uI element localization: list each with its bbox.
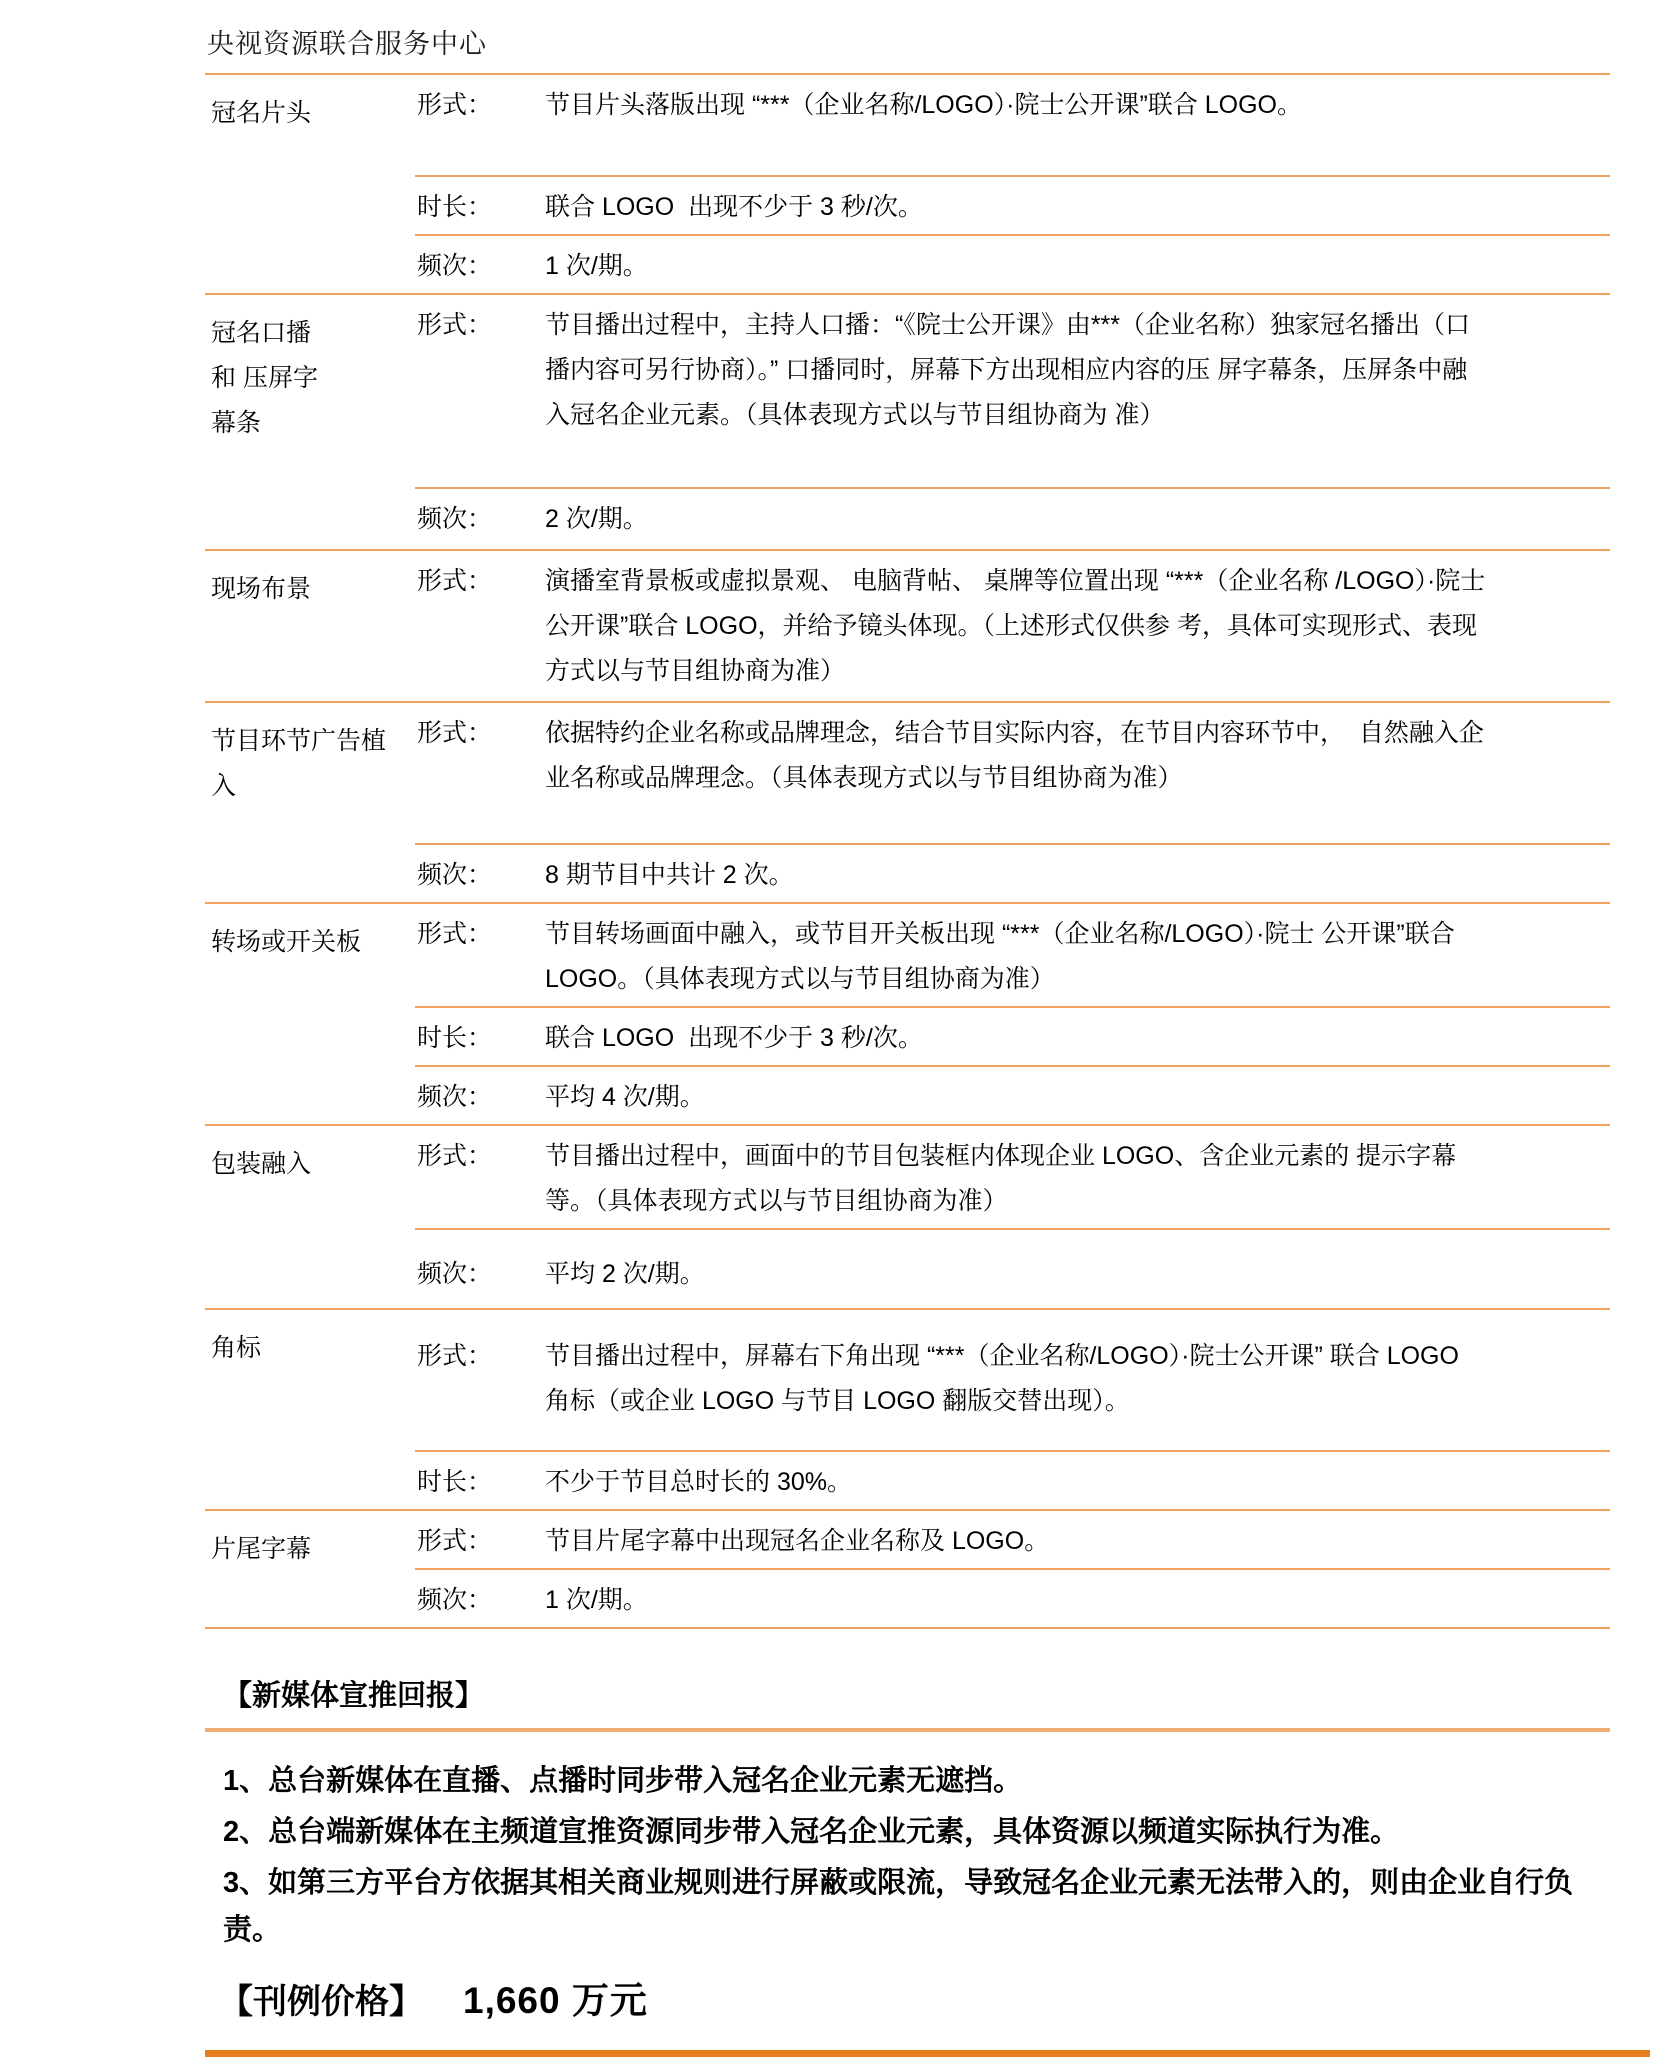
table-section: 包装融入形式：节目播出过程中，画面中的节目包装框内体现企业 LOGO、含企业元素… <box>205 1126 1610 1310</box>
footer-item: 1、总台新媒体在直播、点播时同步带入冠名企业元素无遮挡。 <box>223 1758 1580 1805</box>
attribute-key: 形式： <box>415 303 545 483</box>
footer-item: 2、总台端新媒体在主频道宣推资源同步带入冠名企业元素，具体资源以频道实际执行为准… <box>223 1809 1580 1856</box>
attribute-value: 演播室背景板或虚拟景观、 电脑背帖、 桌牌等位置出现 “***（企业名称 /LO… <box>545 559 1610 697</box>
attribute-key: 频次： <box>415 1578 545 1623</box>
attribute-value: 依据特约企业名称或品牌理念，结合节目实际内容，在节目内容环节中， 自然融入企业名… <box>545 711 1610 839</box>
table-row: 形式：节目转场画面中融入，或节目开关板出现 “***（企业名称/LOGO）·院士… <box>415 904 1610 1006</box>
attribute-value: 不少于节目总时长的 30%。 <box>545 1460 1610 1505</box>
page-title: 央视资源联合服务中心 <box>205 18 1610 73</box>
attribute-value: 平均 4 次/期。 <box>545 1075 1610 1120</box>
document-header: 央视资源联合服务中心 <box>205 18 1610 73</box>
attribute-key: 频次： <box>415 497 545 545</box>
table-section: 片尾字幕形式：节目片尾字幕中出现冠名企业名称及 LOGO。频次：1 次/期。 <box>205 1511 1610 1629</box>
section-rows: 形式：演播室背景板或虚拟景观、 电脑背帖、 桌牌等位置出现 “***（企业名称 … <box>415 551 1610 701</box>
table-section: 角标形式：节目播出过程中，屏幕右下角出现 “***（企业名称/LOGO）·院士公… <box>205 1310 1610 1511</box>
attribute-key: 频次： <box>415 853 545 898</box>
attribute-value: 8 期节目中共计 2 次。 <box>545 853 1610 898</box>
attribute-key: 频次： <box>415 1075 545 1120</box>
attribute-value: 节目片头落版出现 “***（企业名称/LOGO）·院士公开课”联合 LOGO。 <box>545 83 1610 171</box>
table-row: 频次：8 期节目中共计 2 次。 <box>415 843 1610 902</box>
footer-item: 3、如第三方平台方依据其相关商业规则进行屏蔽或限流，导致冠名企业元素无法带入的，… <box>223 1860 1580 1954</box>
attribute-value: 节目片尾字幕中出现冠名企业名称及 LOGO。 <box>545 1519 1610 1564</box>
bottom-divider <box>205 2050 1650 2057</box>
section-label: 节目环节广告植入 <box>205 703 415 902</box>
attribute-key: 频次： <box>415 244 545 289</box>
attribute-key: 时长： <box>415 1016 545 1061</box>
attribute-value: 节目播出过程中，画面中的节目包装框内体现企业 LOGO、含企业元素的 提示字幕等… <box>545 1134 1610 1224</box>
table-section: 现场布景形式：演播室背景板或虚拟景观、 电脑背帖、 桌牌等位置出现 “***（企… <box>205 551 1610 703</box>
section-label: 转场或开关板 <box>205 904 415 1124</box>
attribute-key: 形式： <box>415 912 545 1002</box>
table-row: 形式：节目片头落版出现 “***（企业名称/LOGO）·院士公开课”联合 LOG… <box>415 75 1610 175</box>
rate-card-price-row: 【刊例价格】 1,660 万元 <box>205 1970 1610 2024</box>
price-label: 【刊例价格】 <box>219 1974 423 2023</box>
table-row: 形式：节目片尾字幕中出现冠名企业名称及 LOGO。 <box>415 1511 1610 1568</box>
table-section: 节目环节广告植入形式：依据特约企业名称或品牌理念，结合节目实际内容，在节目内容环… <box>205 703 1610 904</box>
attribute-key: 形式： <box>415 1134 545 1224</box>
table-row: 时长：联合 LOGO 出现不少于 3 秒/次。 <box>415 1006 1610 1065</box>
attribute-value: 1 次/期。 <box>545 1578 1610 1623</box>
table-row: 形式：演播室背景板或虚拟景观、 电脑背帖、 桌牌等位置出现 “***（企业名称 … <box>415 551 1610 701</box>
table-row: 时长：不少于节目总时长的 30%。 <box>415 1450 1610 1509</box>
table-row: 频次：平均 2 次/期。 <box>415 1228 1610 1308</box>
document-page: 央视资源联合服务中心 冠名片头形式：节目片头落版出现 “***（企业名称/LOG… <box>0 0 1654 2057</box>
new-media-returns-heading: 【新媒体宣推回报】 <box>205 1673 1610 1714</box>
attribute-key: 时长： <box>415 185 545 230</box>
section-rows: 形式：节目播出过程中，画面中的节目包装框内体现企业 LOGO、含企业元素的 提示… <box>415 1126 1610 1308</box>
table-section: 冠名片头形式：节目片头落版出现 “***（企业名称/LOGO）·院士公开课”联合… <box>205 75 1610 295</box>
price-value: 1,660 万元 <box>463 1970 648 2024</box>
table-row: 形式：依据特约企业名称或品牌理念，结合节目实际内容，在节目内容环节中， 自然融入… <box>415 703 1610 843</box>
table-row: 频次：2 次/期。 <box>415 487 1610 549</box>
table-row: 形式：节目播出过程中，屏幕右下角出现 “***（企业名称/LOGO）·院士公开课… <box>415 1310 1610 1450</box>
section-label: 角标 <box>205 1310 415 1509</box>
table-row: 时长：联合 LOGO 出现不少于 3 秒/次。 <box>415 175 1610 234</box>
attribute-key: 频次： <box>415 1252 545 1304</box>
attribute-value: 2 次/期。 <box>545 497 1610 545</box>
table-row: 频次：平均 4 次/期。 <box>415 1065 1610 1124</box>
document-footer: 【新媒体宣推回报】 1、总台新媒体在直播、点播时同步带入冠名企业元素无遮挡。2、… <box>205 1629 1610 2057</box>
table-row: 形式：节目播出过程中，主持人口播：“《院士公开课》由***（企业名称）独家冠名播… <box>415 295 1610 487</box>
attribute-key: 形式： <box>415 559 545 697</box>
attribute-value: 联合 LOGO 出现不少于 3 秒/次。 <box>545 1016 1610 1061</box>
section-rows: 形式：节目播出过程中，屏幕右下角出现 “***（企业名称/LOGO）·院士公开课… <box>415 1310 1610 1509</box>
attribute-value: 节目播出过程中，主持人口播：“《院士公开课》由***（企业名称）独家冠名播出（口… <box>545 303 1610 483</box>
section-rows: 形式：节目转场画面中融入，或节目开关板出现 “***（企业名称/LOGO）·院士… <box>415 904 1610 1124</box>
section-label: 包装融入 <box>205 1126 415 1308</box>
sponsorship-rights-table: 冠名片头形式：节目片头落版出现 “***（企业名称/LOGO）·院士公开课”联合… <box>205 73 1610 1629</box>
section-rows: 形式：节目片头落版出现 “***（企业名称/LOGO）·院士公开课”联合 LOG… <box>415 75 1610 293</box>
attribute-value: 节目播出过程中，屏幕右下角出现 “***（企业名称/LOGO）·院士公开课” 联… <box>545 1334 1610 1446</box>
table-section: 冠名口播 和 压屏字 幕条形式：节目播出过程中，主持人口播：“《院士公开课》由*… <box>205 295 1610 551</box>
attribute-key: 形式： <box>415 83 545 171</box>
section-label: 片尾字幕 <box>205 1511 415 1627</box>
section-label: 冠名片头 <box>205 75 415 293</box>
attribute-key: 形式： <box>415 711 545 839</box>
section-rows: 形式：依据特约企业名称或品牌理念，结合节目实际内容，在节目内容环节中， 自然融入… <box>415 703 1610 902</box>
attribute-key: 形式： <box>415 1334 545 1446</box>
section-rows: 形式：节目片尾字幕中出现冠名企业名称及 LOGO。频次：1 次/期。 <box>415 1511 1610 1627</box>
table-row: 频次：1 次/期。 <box>415 1568 1610 1627</box>
section-label: 现场布景 <box>205 551 415 701</box>
section-rows: 形式：节目播出过程中，主持人口播：“《院士公开课》由***（企业名称）独家冠名播… <box>415 295 1610 549</box>
table-row: 频次：1 次/期。 <box>415 234 1610 293</box>
attribute-value: 节目转场画面中融入，或节目开关板出现 “***（企业名称/LOGO）·院士 公开… <box>545 912 1610 1002</box>
section-label: 冠名口播 和 压屏字 幕条 <box>205 295 415 549</box>
table-row: 形式：节目播出过程中，画面中的节目包装框内体现企业 LOGO、含企业元素的 提示… <box>415 1126 1610 1228</box>
attribute-key: 形式： <box>415 1519 545 1564</box>
new-media-returns-list: 1、总台新媒体在直播、点播时同步带入冠名企业元素无遮挡。2、总台端新媒体在主频道… <box>205 1732 1610 1954</box>
attribute-value: 联合 LOGO 出现不少于 3 秒/次。 <box>545 185 1610 230</box>
attribute-value: 平均 2 次/期。 <box>545 1252 1610 1304</box>
table-section: 转场或开关板形式：节目转场画面中融入，或节目开关板出现 “***（企业名称/LO… <box>205 904 1610 1126</box>
attribute-value: 1 次/期。 <box>545 244 1610 289</box>
attribute-key: 时长： <box>415 1460 545 1505</box>
